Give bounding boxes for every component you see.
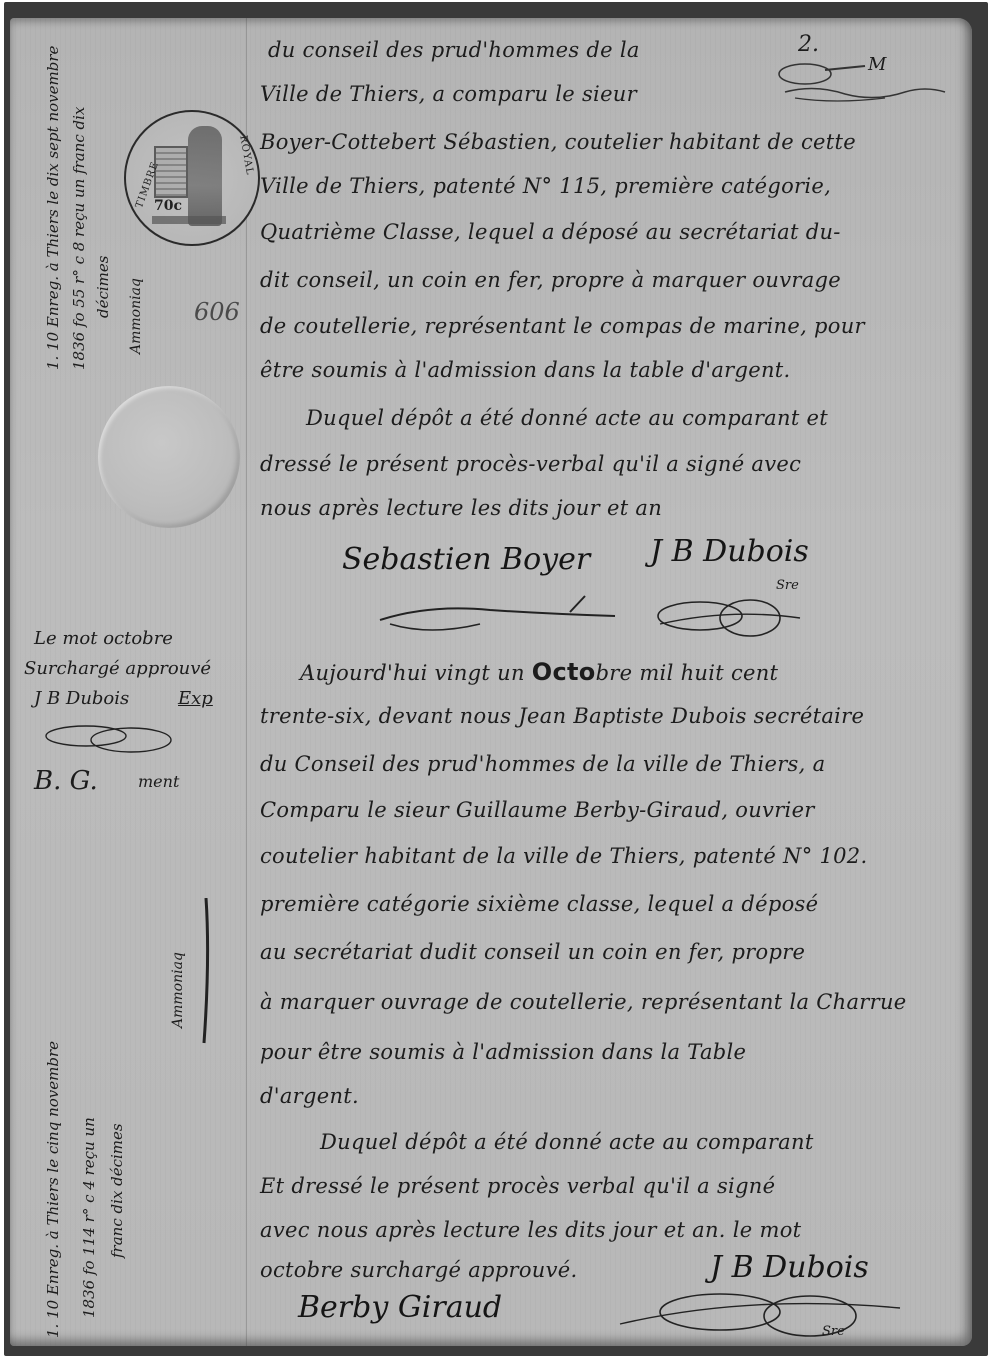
stamp-altar-icon bbox=[154, 146, 188, 198]
body-text: Aujourd'hui vingt un bbox=[300, 661, 532, 685]
paraph-flourish-icon bbox=[775, 58, 955, 108]
body-line: de coutellerie, représentant le compas d… bbox=[260, 314, 865, 338]
body-line: Aujourd'hui vingt un Octobre mil huit ce… bbox=[300, 658, 778, 686]
body-text: bre mil huit cent bbox=[596, 661, 779, 685]
body-line: avec nous après lecture les dits jour et… bbox=[260, 1218, 801, 1242]
body-line: à marquer ouvrage de coutellerie, représ… bbox=[260, 990, 907, 1014]
body-line: coutelier habitant de la ville de Thiers… bbox=[260, 844, 867, 868]
margin-registration-line: 1836 fo 114 r° c 4 reçu un bbox=[80, 1117, 98, 1318]
signature-flourish-icon bbox=[370, 590, 630, 640]
margin-note-line: J B Dubois bbox=[34, 688, 129, 709]
margin-note-suffix: Exp bbox=[178, 688, 213, 709]
margin-flourish-icon bbox=[36, 716, 186, 762]
body-line: Ville de Thiers, a comparu le sieur bbox=[260, 82, 637, 106]
body-line: première catégorie sixième classe, leque… bbox=[260, 892, 818, 916]
body-line: du conseil des prud'hommes de la bbox=[268, 38, 640, 62]
body-line: Duquel dépôt a été donné acte au compara… bbox=[320, 1130, 814, 1154]
signature-flourish-icon bbox=[650, 588, 810, 648]
margin-stroke-icon bbox=[196, 898, 216, 1048]
body-line: Boyer-Cottebert Sébastien, coutelier hab… bbox=[260, 130, 856, 154]
margin-registration-line: décimes bbox=[94, 256, 112, 318]
margin-initials: B. G. bbox=[34, 766, 98, 796]
signature-dubois: J B Dubois bbox=[650, 534, 809, 569]
manuscript-page: 2. M TIMBRE ROYAL 70c 606 du conseil des… bbox=[10, 18, 972, 1346]
margin-note-line: Le mot octobre bbox=[34, 628, 173, 649]
body-line: Et dressé le présent procès verbal qu'il… bbox=[260, 1174, 775, 1198]
stamp-value: 70c bbox=[154, 198, 182, 214]
stamp-right-text: ROYAL bbox=[237, 135, 255, 177]
body-line: Ville de Thiers, patenté N° 115, premièr… bbox=[260, 174, 831, 198]
page-number: 2. bbox=[798, 32, 819, 57]
body-line: du Conseil des prud'hommes de la ville d… bbox=[260, 752, 825, 776]
body-line: être soumis à l'admission dans la table … bbox=[260, 358, 790, 382]
overwritten-word: Octo bbox=[532, 658, 596, 686]
margin-registration-line: 1836 fo 55 r° c 8 reçu un franc dix bbox=[70, 107, 88, 370]
body-line: dressé le présent procès-verbal qu'il a … bbox=[260, 452, 801, 476]
body-line: octobre surchargé approuvé. bbox=[260, 1258, 577, 1282]
margin-registration-line: franc dix décimes bbox=[108, 1123, 126, 1258]
margin-signature: Ammoniaq bbox=[128, 278, 144, 354]
body-line: Comparu le sieur Guillaume Berby-Giraud,… bbox=[260, 798, 815, 822]
signature-boyer: Sebastien Boyer bbox=[342, 542, 590, 577]
body-line: Quatrième Classe, lequel a déposé au sec… bbox=[260, 220, 841, 244]
paraph-initial: M bbox=[868, 54, 886, 75]
reference-number: 606 bbox=[194, 298, 240, 326]
stamp-figure-icon bbox=[188, 126, 222, 226]
margin-registration-line: 1. 10 Enreg. à Thiers le dix sept novemb… bbox=[44, 46, 62, 370]
embossed-seal bbox=[98, 386, 240, 528]
royal-tax-stamp: TIMBRE ROYAL 70c bbox=[124, 110, 260, 246]
margin-signature: Ammoniaq bbox=[170, 952, 186, 1028]
signature-dubois: J B Dubois bbox=[710, 1250, 869, 1285]
body-line: au secrétariat dudit conseil un coin en … bbox=[260, 940, 805, 964]
signature-flourish-icon bbox=[610, 1284, 910, 1344]
margin-registration-line: 1. 10 Enreg. à Thiers le cinq novembre bbox=[44, 1041, 62, 1338]
margin-note-line: Surchargé approuvé bbox=[24, 658, 211, 679]
stamp-base-icon bbox=[152, 216, 226, 224]
signature-berby-giraud: Berby Giraud bbox=[298, 1290, 502, 1325]
margin-initials-signature: ment bbox=[138, 772, 179, 791]
body-line: nous après lecture les dits jour et an bbox=[260, 496, 662, 520]
body-line: dit conseil, un coin en fer, propre à ma… bbox=[260, 268, 841, 292]
body-line: d'argent. bbox=[260, 1084, 359, 1108]
body-line: Duquel dépôt a été donné acte au compara… bbox=[306, 406, 828, 430]
body-line: trente-six, devant nous Jean Baptiste Du… bbox=[260, 704, 864, 728]
body-line: pour être soumis à l'admission dans la T… bbox=[260, 1040, 746, 1064]
